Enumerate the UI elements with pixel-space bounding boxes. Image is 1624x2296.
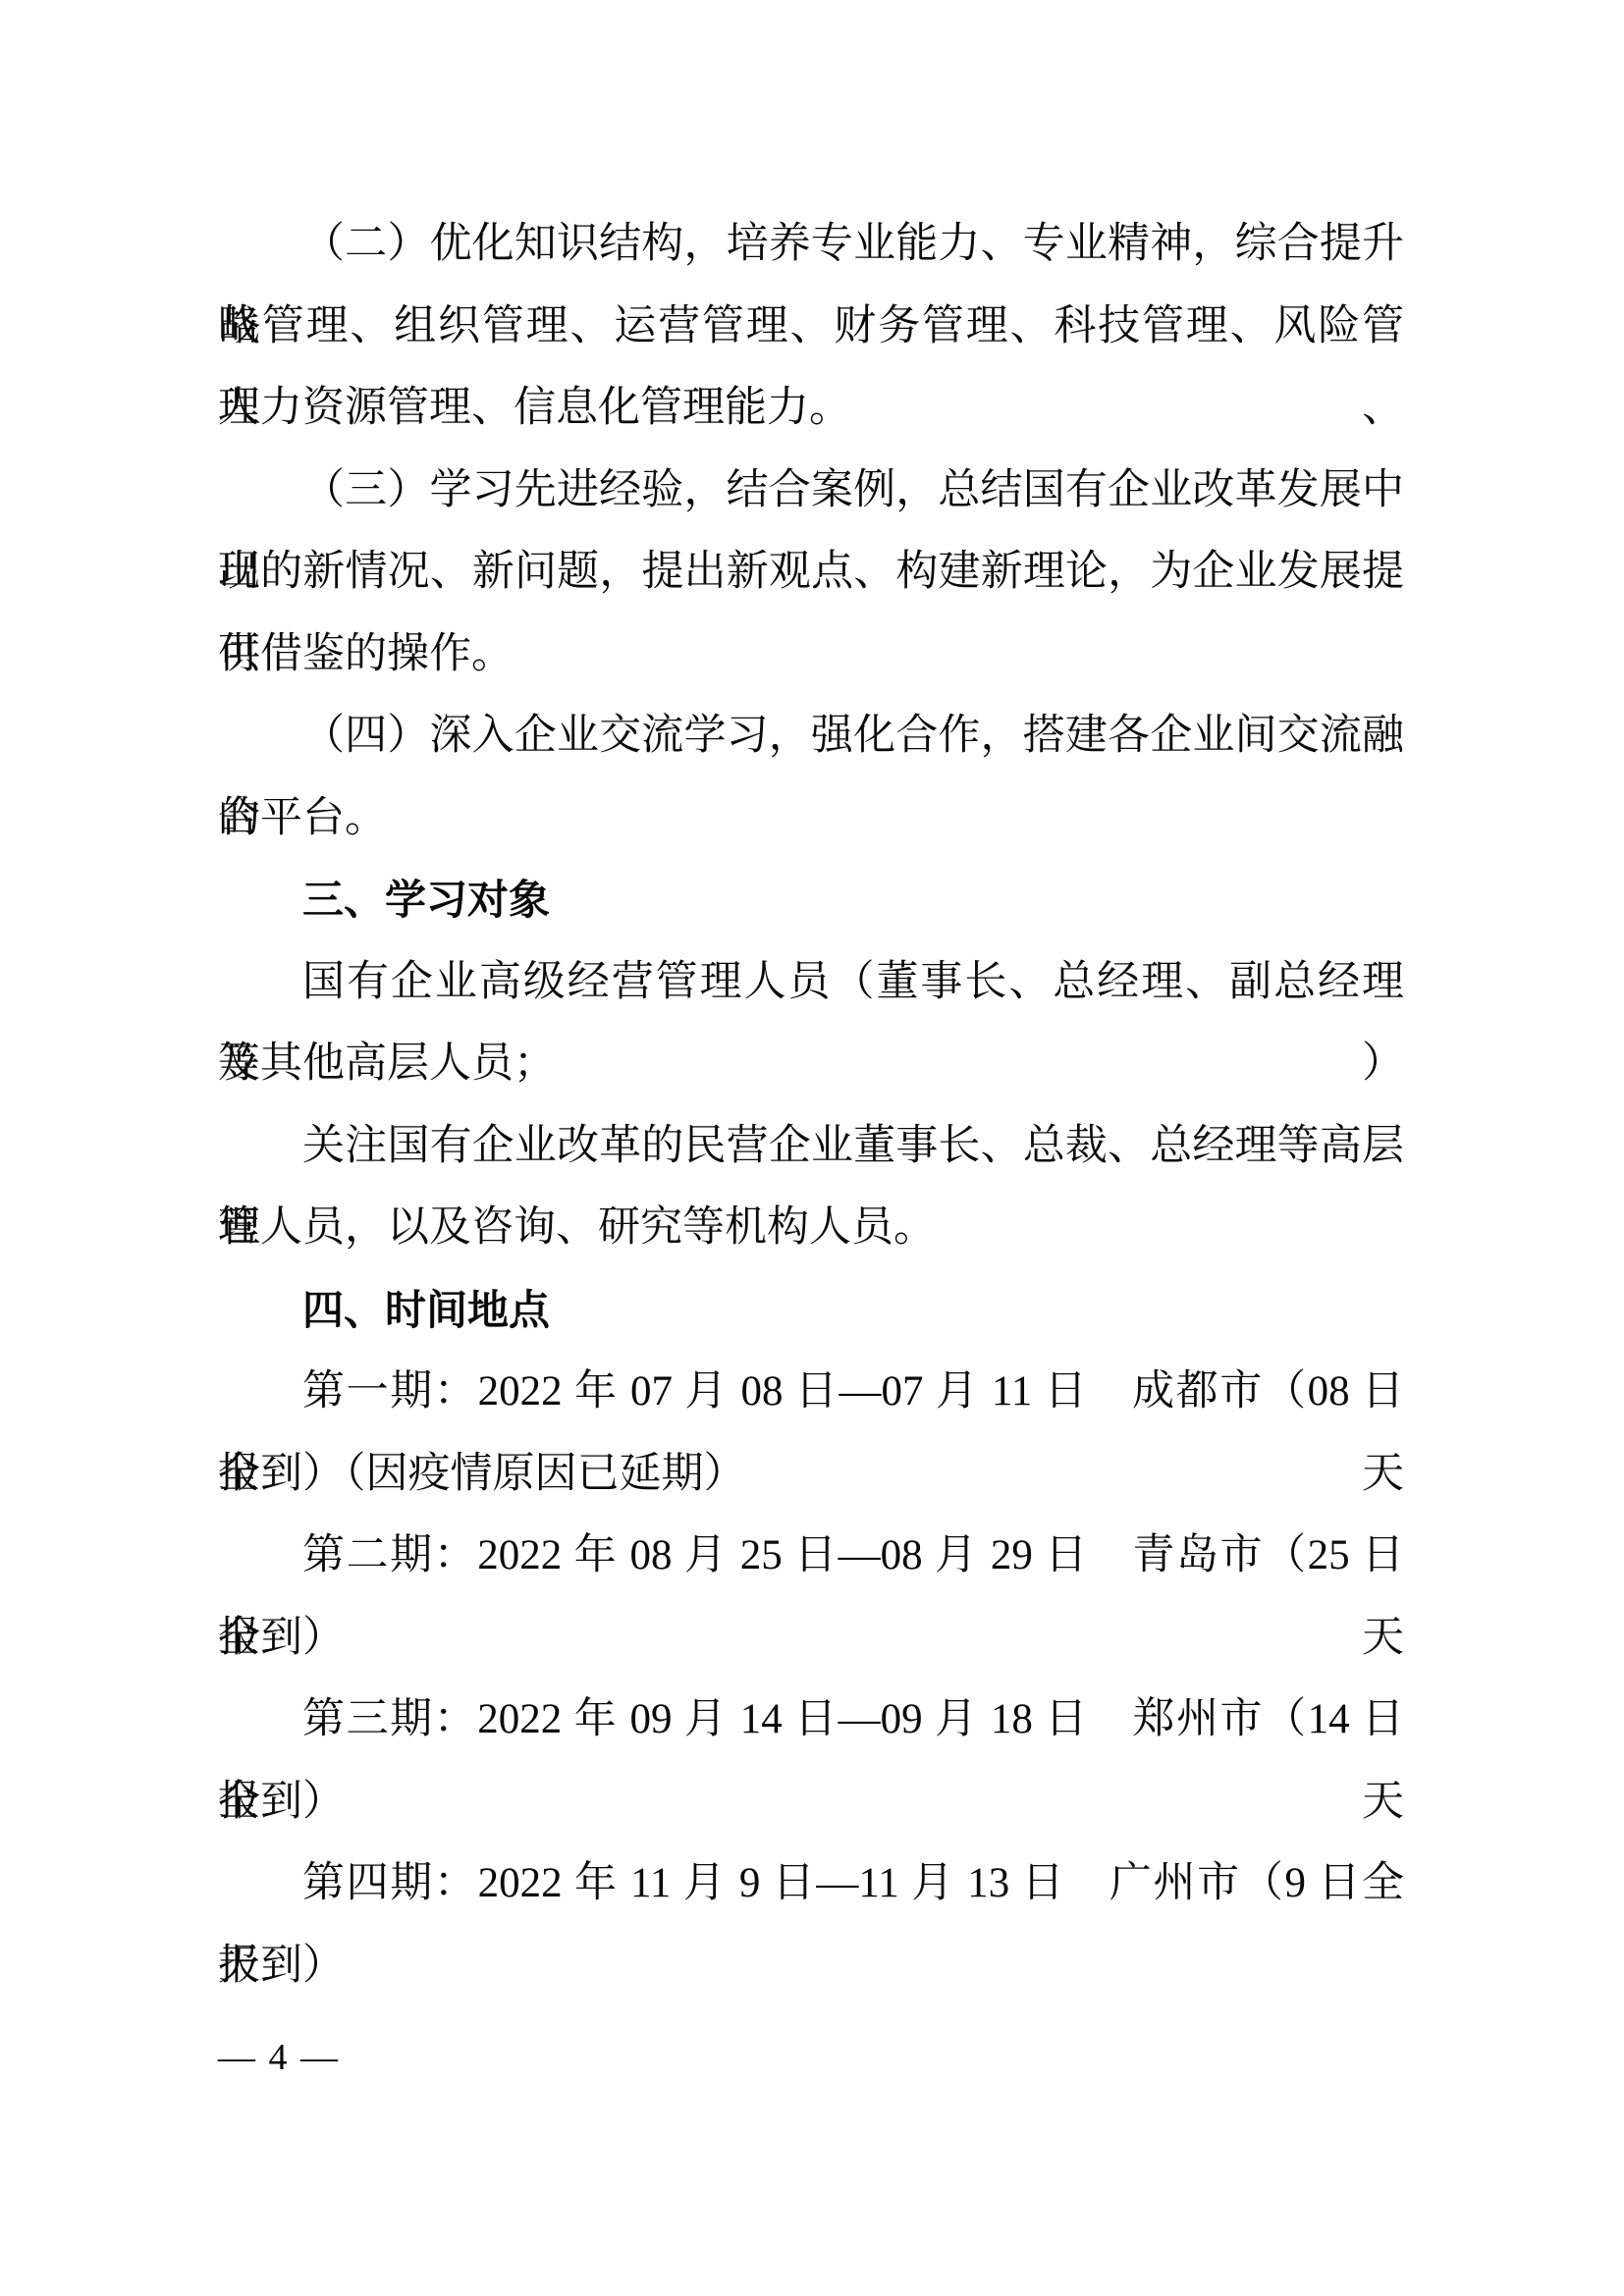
document-body: （二）优化知识结构，培养专业能力、专业精神，综合提升战 略管理、组织管理、运营管…	[218, 203, 1404, 2006]
section-heading-study-targets: 三、学习对象	[218, 859, 1404, 941]
text-line: 现的新情况、新问题，提出新观点、构建新理论，为企业发展提供	[218, 531, 1404, 614]
text-line: 的平台。	[218, 777, 1404, 860]
text-line: （二）优化知识结构，培养专业能力、专业精神，综合提升战	[218, 203, 1404, 286]
text-line: 第四期：2022 年 11 月 9 日—11 月 13 日 广州市（9 日全天	[218, 1842, 1404, 1925]
text-line: 第一期：2022 年 07 月 08 日—07 月 11 日 成都市（08 日全…	[218, 1351, 1404, 1433]
text-line: 第二期：2022 年 08 月 25 日—08 月 29 日 青岛市（25 日全…	[218, 1515, 1404, 1597]
text-line: （四）深入企业交流学习，强化合作，搭建各企业间交流融合	[218, 695, 1404, 777]
page-number: — 4 —	[218, 2030, 340, 2085]
document-page: （二）优化知识结构，培养专业能力、专业精神，综合提升战 略管理、组织管理、运营管…	[0, 0, 1624, 2296]
text-line: 国有企业高级经营管理人员（董事长、总经理、副总经理等）	[218, 941, 1404, 1024]
text-line: 报到）	[218, 1925, 1404, 2007]
text-line: （三）学习先进经验，结合案例，总结国有企业改革发展中出	[218, 450, 1404, 532]
text-line: 理人员，以及咨询、研究等机构人员。	[218, 1187, 1404, 1269]
text-line: 第三期：2022 年 09 月 14 日—09 月 18 日 郑州市（14 日全…	[218, 1679, 1404, 1761]
section-heading-time-place: 四、时间地点	[218, 1269, 1404, 1352]
text-line: 略管理、组织管理、运营管理、财务管理、科技管理、风险管理、	[218, 286, 1404, 368]
text-line: 关注国有企业改革的民营企业董事长、总裁、总经理等高层管	[218, 1105, 1404, 1188]
text-line: 可借鉴的操作。	[218, 614, 1404, 696]
